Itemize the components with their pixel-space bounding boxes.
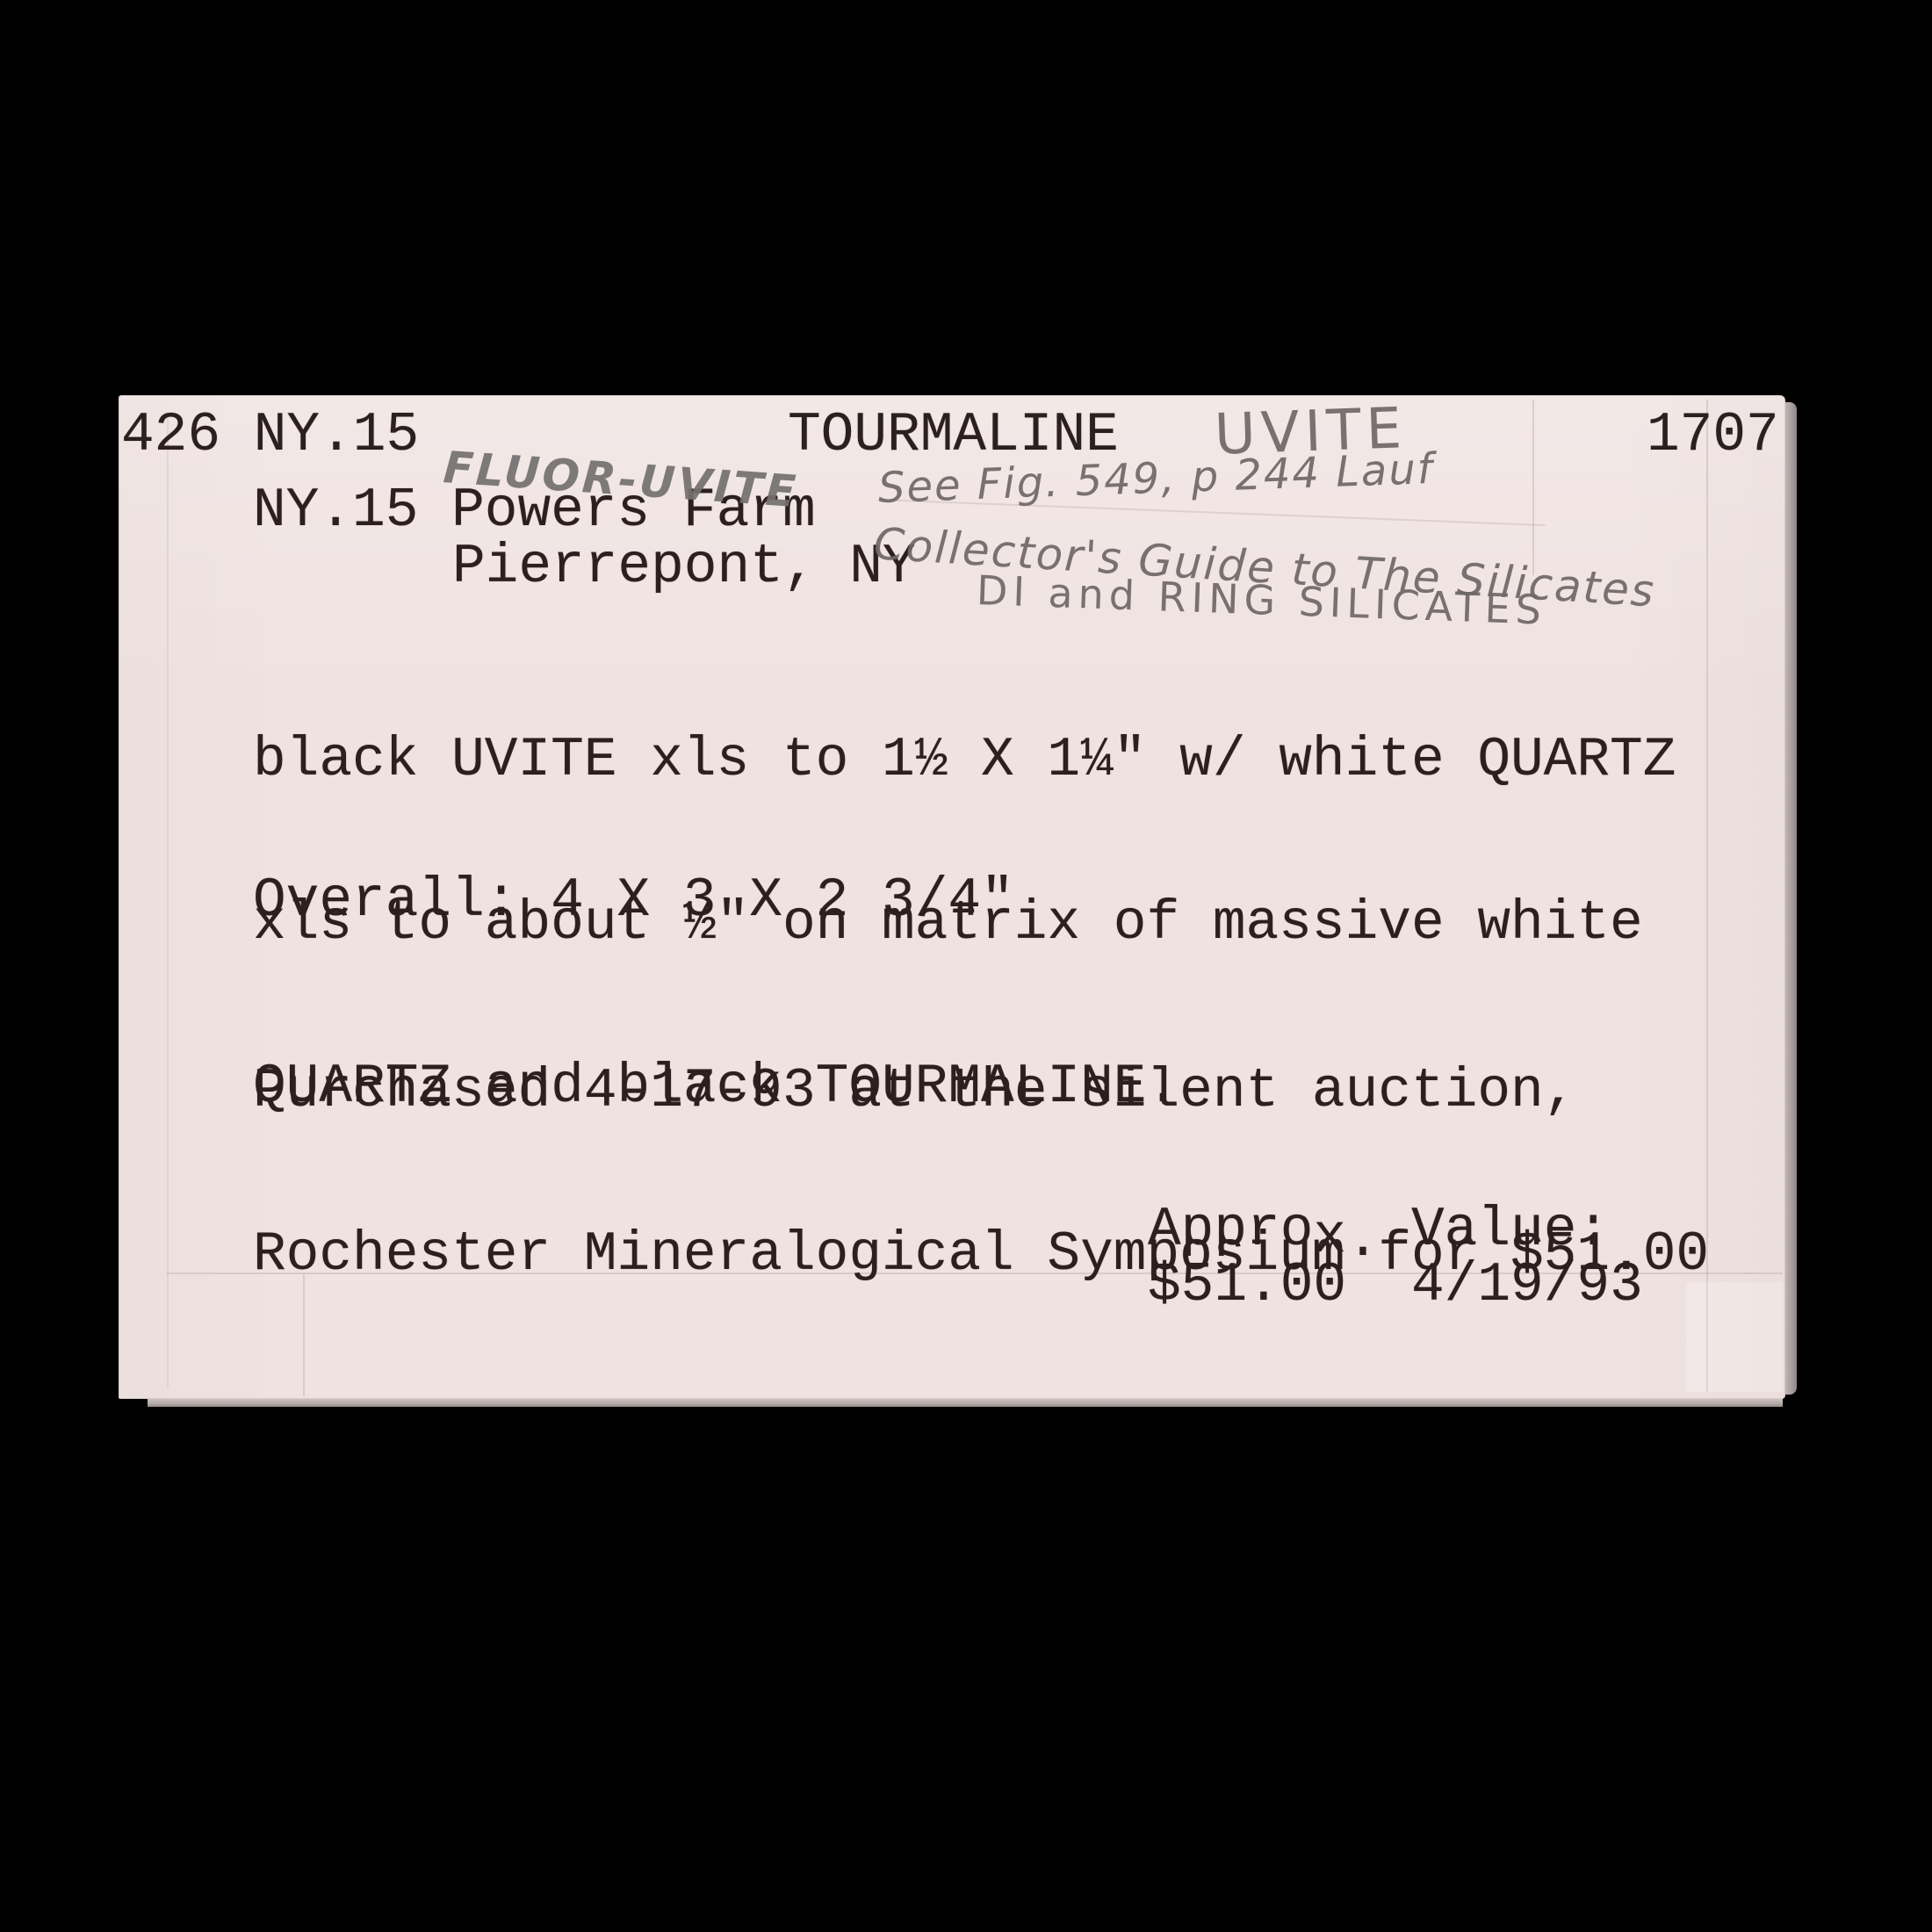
value-label: Value: — [1411, 1203, 1610, 1258]
catalog-id: 426 NY.15 — [121, 408, 419, 464]
tape-seam — [1532, 400, 1534, 575]
purchase-line: Purchased 4-17-93 at the silent auction, — [253, 1064, 1709, 1119]
tape-seam — [167, 413, 169, 1388]
value-date: 4/19/93 — [1411, 1258, 1643, 1314]
value-amount: $51.00 — [1148, 1258, 1346, 1314]
mineral-name: TOURMALINE — [788, 408, 1119, 464]
description-line: black UVITE xls to 1½ X 1¼" w/ white QUA… — [253, 733, 1676, 788]
approx-label-dot: . — [1346, 1214, 1380, 1269]
approx-label-text: Appro — [1148, 1199, 1313, 1261]
locality-line-2: Pierrepont, NY — [452, 540, 916, 595]
overall-dimensions: Overall: 4 X 3 X 2 3/4" — [253, 874, 1014, 929]
approx-label: Approx. — [1148, 1203, 1380, 1258]
specimen-number: 1707 — [1647, 408, 1779, 464]
